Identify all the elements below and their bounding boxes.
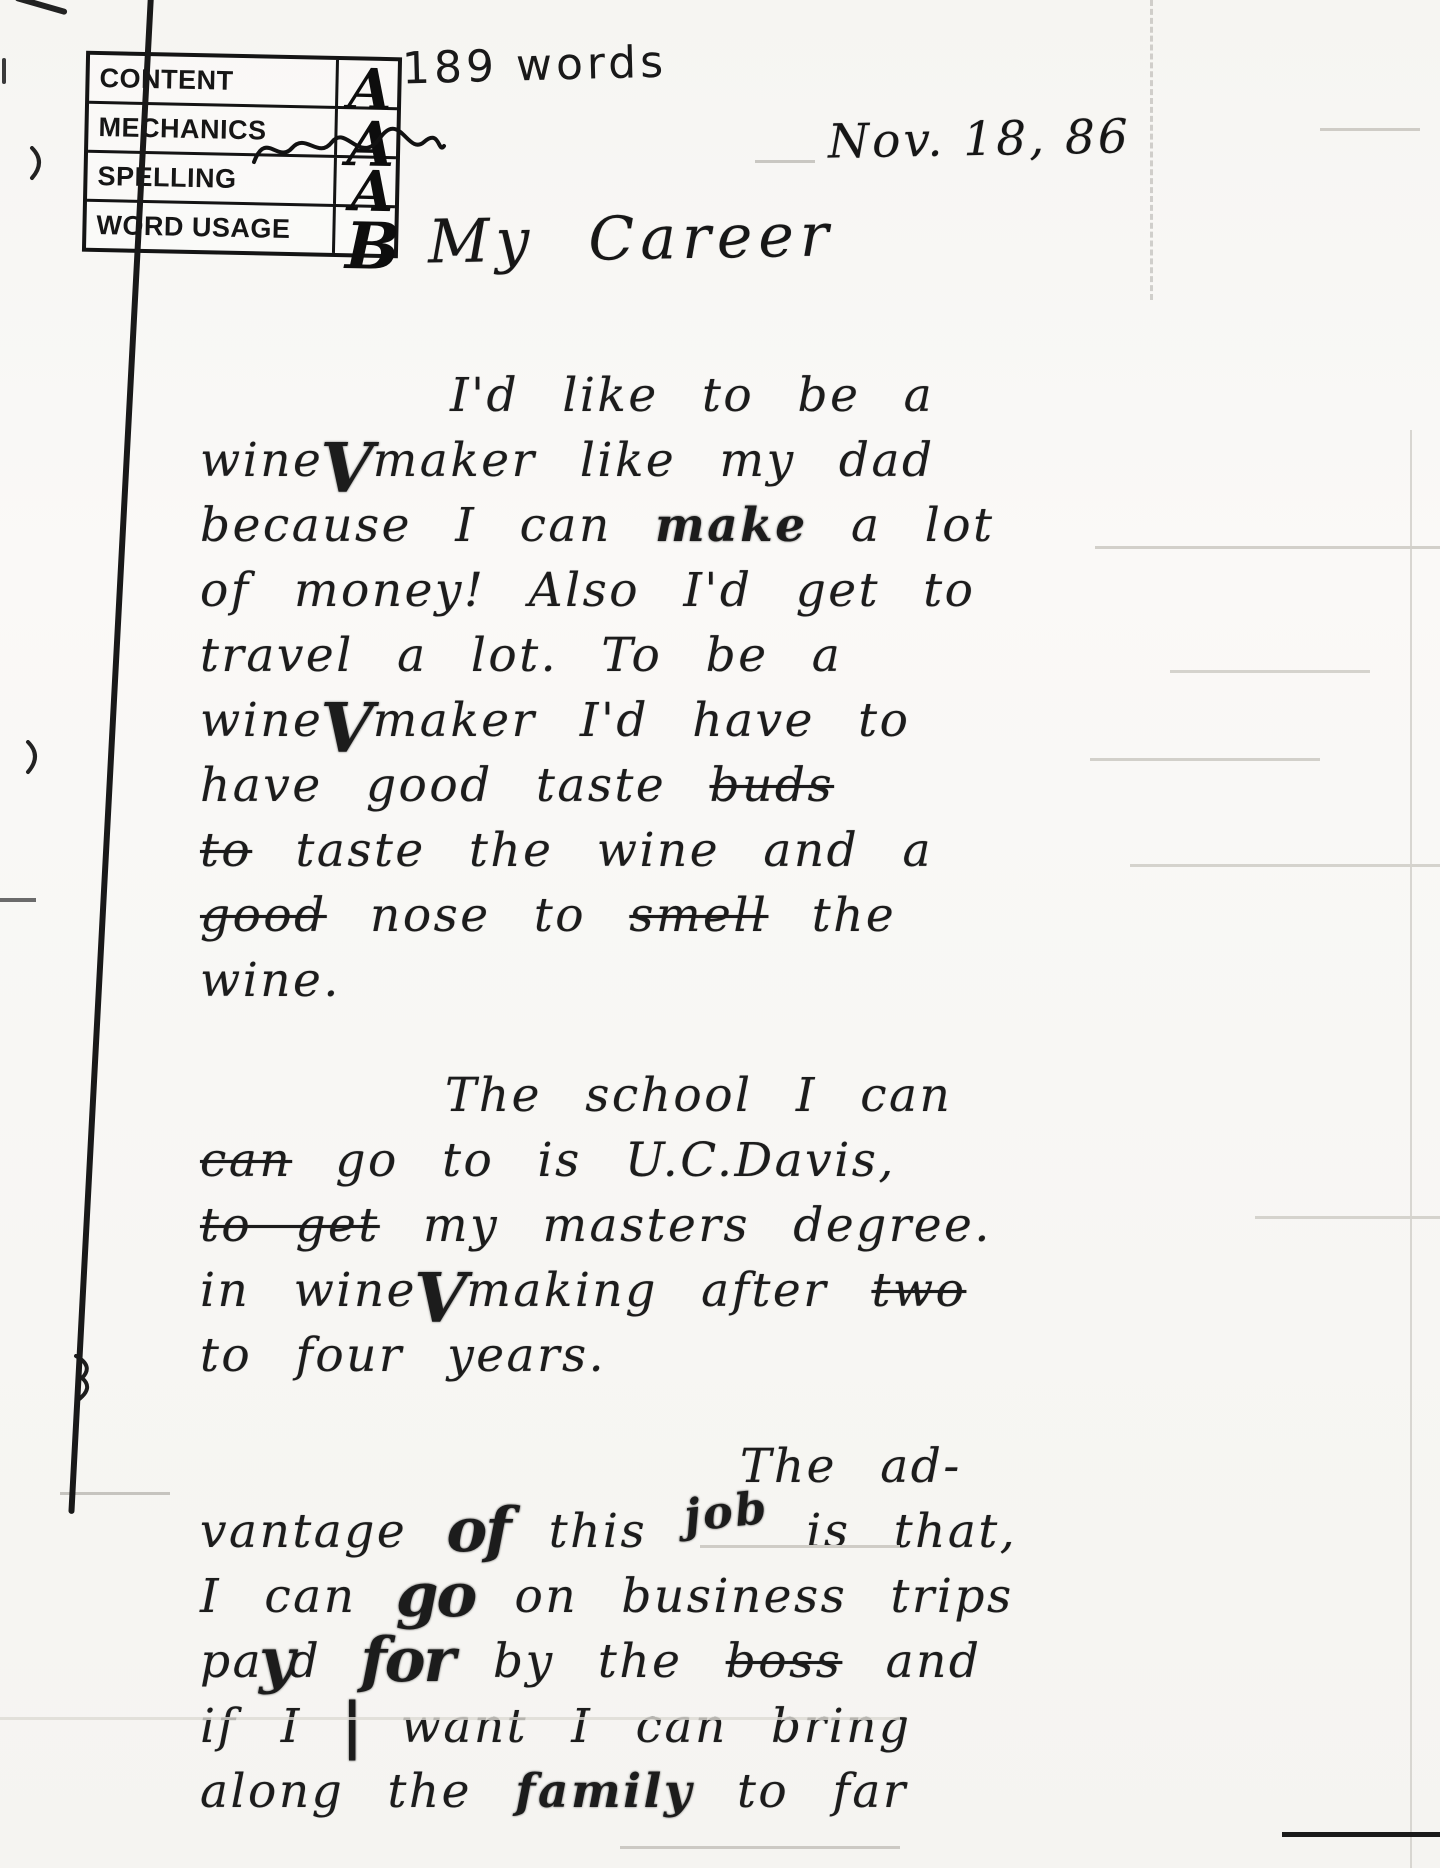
text-segment: want I can bring <box>357 1699 911 1754</box>
text-segment: y <box>259 1625 293 1696</box>
essay-line: I can go on business trips <box>200 1569 1200 1634</box>
essay-line: The school I can <box>200 1068 1200 1133</box>
text-segment: I can <box>200 1569 400 1624</box>
word-count-note: 189 words <box>401 37 667 95</box>
text-segment: travel a lot. To be a <box>200 628 842 683</box>
essay-line: of money! Also I'd get to <box>200 563 1200 628</box>
ruled-line-artifact <box>620 1846 900 1849</box>
insertion-caret-mark: V <box>320 429 375 509</box>
text-segment: family <box>515 1764 693 1819</box>
text-segment: maker like my dad <box>373 433 935 488</box>
text-segment: job <box>682 1481 772 1543</box>
text-segment: on business trips <box>471 1569 1013 1624</box>
text-segment: two <box>871 1263 966 1318</box>
essay-paragraph: The school I cancan go to is U.C.Davis,t… <box>200 1068 1200 1393</box>
text-segment: wine <box>200 693 323 748</box>
text-segment: taste the wine and a <box>252 823 933 878</box>
text-segment: because I can <box>200 498 655 553</box>
essay-title: My Career <box>427 200 835 277</box>
essay-paragraph: I'd like to be awineVmaker like my dadbe… <box>200 368 1200 1018</box>
text-segment: vantage <box>200 1504 450 1559</box>
text-segment: make <box>655 498 808 553</box>
text-segment: boss <box>726 1634 843 1689</box>
essay-line: can go to is U.C.Davis, <box>200 1133 1200 1198</box>
text-segment: making after <box>466 1263 871 1318</box>
text-segment: can <box>200 1133 292 1188</box>
text-segment: this <box>505 1504 690 1559</box>
scan-mark <box>0 898 36 902</box>
text-segment: to far <box>694 1764 908 1819</box>
text-segment: go to is U.C.Davis, <box>292 1133 896 1188</box>
text-segment: go <box>396 1560 475 1631</box>
text-segment: I'd like to be a <box>450 368 934 423</box>
rubric-category-label: CONTENT <box>89 55 339 106</box>
text-segment: and <box>842 1634 981 1689</box>
essay-paragraph: The ad-vantage of this job is that,I can… <box>200 1439 1200 1829</box>
rubric-category-label: WORD USAGE <box>86 202 336 253</box>
ruled-line-artifact <box>1410 430 1412 1868</box>
text-segment: of money! Also I'd get to <box>200 563 975 618</box>
text-segment: d <box>289 1634 365 1689</box>
rubric-grade: B <box>338 220 407 274</box>
ruled-line-artifact <box>1130 864 1440 867</box>
text-segment: The school I can <box>445 1068 952 1123</box>
scan-mark <box>14 0 68 15</box>
rubric-row: CONTENTA <box>89 55 398 110</box>
text-segment: my masters degree. <box>380 1198 992 1253</box>
essay-line: wine. <box>200 953 1200 1018</box>
text-segment: nose to <box>327 888 630 943</box>
essay-line: wineVmaker I'd have to <box>200 693 1200 758</box>
text-segment: is that, <box>763 1504 1017 1559</box>
scan-mark <box>1282 1832 1440 1837</box>
ruled-line-artifact <box>1150 0 1153 300</box>
text-segment: along the <box>200 1764 515 1819</box>
ruled-line-artifact <box>0 1717 900 1720</box>
essay-line: vantage of this job is that, <box>200 1504 1200 1569</box>
text-segment: maker I'd have to <box>373 693 911 748</box>
ruled-line-artifact <box>755 160 815 163</box>
scan-mark <box>2 58 6 84</box>
text-segment: smell <box>629 888 768 943</box>
date-note: Nov. 18, 86 <box>828 109 1132 169</box>
text-segment: by the <box>450 1634 726 1689</box>
text-segment: if I <box>200 1699 345 1754</box>
text-segment: to get <box>200 1198 380 1253</box>
essay-line: travel a lot. To be a <box>200 628 1200 693</box>
insertion-caret-mark: V <box>320 689 375 769</box>
text-segment: of <box>446 1495 509 1566</box>
essay-line: in wineVmaking after two <box>200 1263 1200 1328</box>
essay-line: good nose to smell the <box>200 888 1200 953</box>
text-segment: good <box>200 888 327 943</box>
text-segment: in wine <box>200 1263 417 1318</box>
margin-tick-icon <box>24 740 46 776</box>
insertion-caret-mark: V <box>414 1259 469 1339</box>
rubric-grade: A <box>340 66 400 113</box>
teacher-scribble-icon <box>248 116 448 178</box>
ruled-line-artifact <box>700 1545 900 1548</box>
essay-line: I'd like to be a <box>200 368 1200 433</box>
ruled-line-artifact <box>1320 128 1420 131</box>
text-segment: to four years. <box>200 1328 606 1383</box>
text-segment: wine <box>200 433 323 488</box>
ruled-line-artifact <box>1095 546 1440 549</box>
text-segment: wine. <box>200 953 341 1008</box>
ruled-line-artifact <box>1090 758 1320 761</box>
ruled-line-artifact <box>60 1492 170 1495</box>
margin-tick-icon <box>28 146 50 182</box>
text-segment: | <box>341 1690 361 1761</box>
text-segment: The ad- <box>740 1439 962 1494</box>
text-segment: have good taste <box>200 758 710 813</box>
text-segment: for <box>361 1625 454 1696</box>
text-segment: buds <box>710 758 835 813</box>
essay-line: wineVmaker like my dad <box>200 433 1200 498</box>
essay-line: to four years. <box>200 1328 1200 1393</box>
essay-body: I'd like to be awineVmaker like my dadbe… <box>200 368 1200 1829</box>
text-segment: a lot <box>808 498 995 553</box>
essay-line: to get my masters degree. <box>200 1198 1200 1263</box>
text-segment: to <box>200 823 252 878</box>
scanned-essay-page: CONTENTAMECHANICSASPELLINGAWORD USAGEB 1… <box>0 0 1440 1868</box>
essay-line: to taste the wine and a <box>200 823 1200 888</box>
ruled-line-artifact <box>1170 670 1370 673</box>
ruled-line-artifact <box>1255 1216 1440 1219</box>
text-segment: pa <box>200 1634 263 1689</box>
text-segment: the <box>768 888 896 943</box>
rubric-row: WORD USAGEB <box>86 202 395 254</box>
essay-line: if I | want I can bring <box>200 1699 1200 1764</box>
essay-line: along the family to far <box>200 1764 1200 1829</box>
